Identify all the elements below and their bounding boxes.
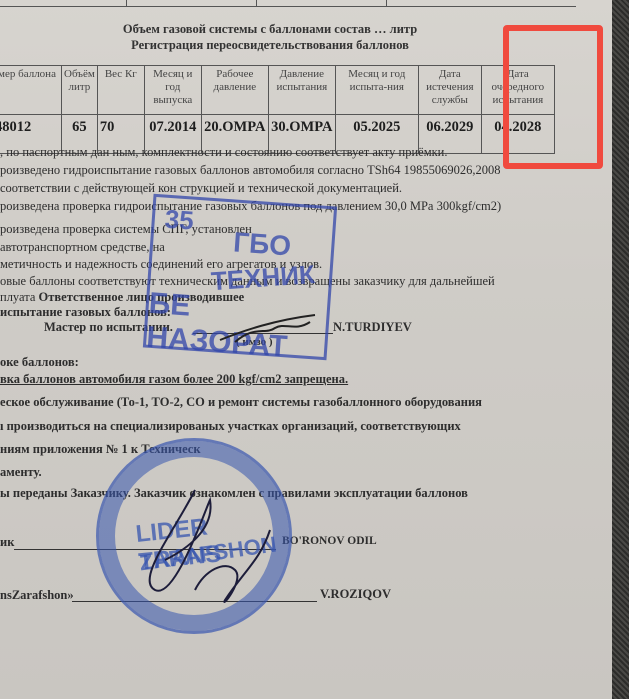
document-page: Объем газовой системы с баллонами состав… — [0, 0, 612, 699]
paragraph-line: роизведено гидроиспытание газовых баллон… — [0, 163, 501, 178]
paragraph-line: соответствии с действующей кон струкцией… — [0, 181, 402, 196]
col-volume: Объём литр — [62, 66, 98, 115]
col-manufacture-date: Месяц и год выпуска — [144, 66, 201, 115]
cylinder-registration-table: мер баллона Объём литр Вес Кг Месяц и го… — [0, 65, 555, 154]
master-name: N.TURDIYEV — [333, 320, 412, 335]
warning-text: вка баллонов автомобиля газом более 200 … — [0, 372, 348, 387]
previous-table-edge — [0, 0, 576, 7]
section-heading: оке баллонов: — [0, 355, 79, 370]
customer-name: BO'RONOV ODIL — [282, 535, 377, 547]
service-line: еское обслуживание (То-1, ТО-2, СО и рем… — [0, 395, 482, 410]
col-weight: Вес Кг — [97, 66, 144, 115]
customer-label: ик — [0, 535, 14, 550]
company-label: nsZarafshon» — [0, 588, 74, 603]
service-line: аменту. — [0, 465, 42, 480]
paragraph-line-start: плуата — [0, 290, 35, 304]
col-working-pressure: Рабочее давление — [201, 66, 268, 115]
company-signer: V.ROZIQOV — [320, 587, 391, 602]
stamp-text: ГБО — [232, 226, 292, 262]
col-test-date: Месяц и год испыта-ния — [335, 66, 418, 115]
background-surface — [612, 0, 629, 699]
paragraph-line: , по паспортным дан ным, комплектности и… — [0, 145, 448, 160]
col-expiry-date: Дата истечения службы — [418, 66, 481, 115]
paragraph-line: автотранспортном средстве, на — [0, 240, 165, 255]
company-signature-icon — [95, 470, 295, 620]
stamp-number: 35 — [164, 204, 195, 237]
highlight-box — [503, 25, 603, 169]
master-signature-icon — [215, 310, 325, 350]
document-subtitle: Регистрация переосвидетельствования балл… — [100, 38, 440, 53]
document-title: Объем газовой системы с баллонами состав… — [100, 22, 440, 37]
table-header-row: мер баллона Объём литр Вес Кг Месяц и го… — [0, 66, 554, 115]
col-cylinder-number: мер баллона — [0, 66, 62, 115]
service-line: ı производиться на специализированых уча… — [0, 419, 461, 434]
col-test-pressure: Давление испытания — [268, 66, 335, 115]
